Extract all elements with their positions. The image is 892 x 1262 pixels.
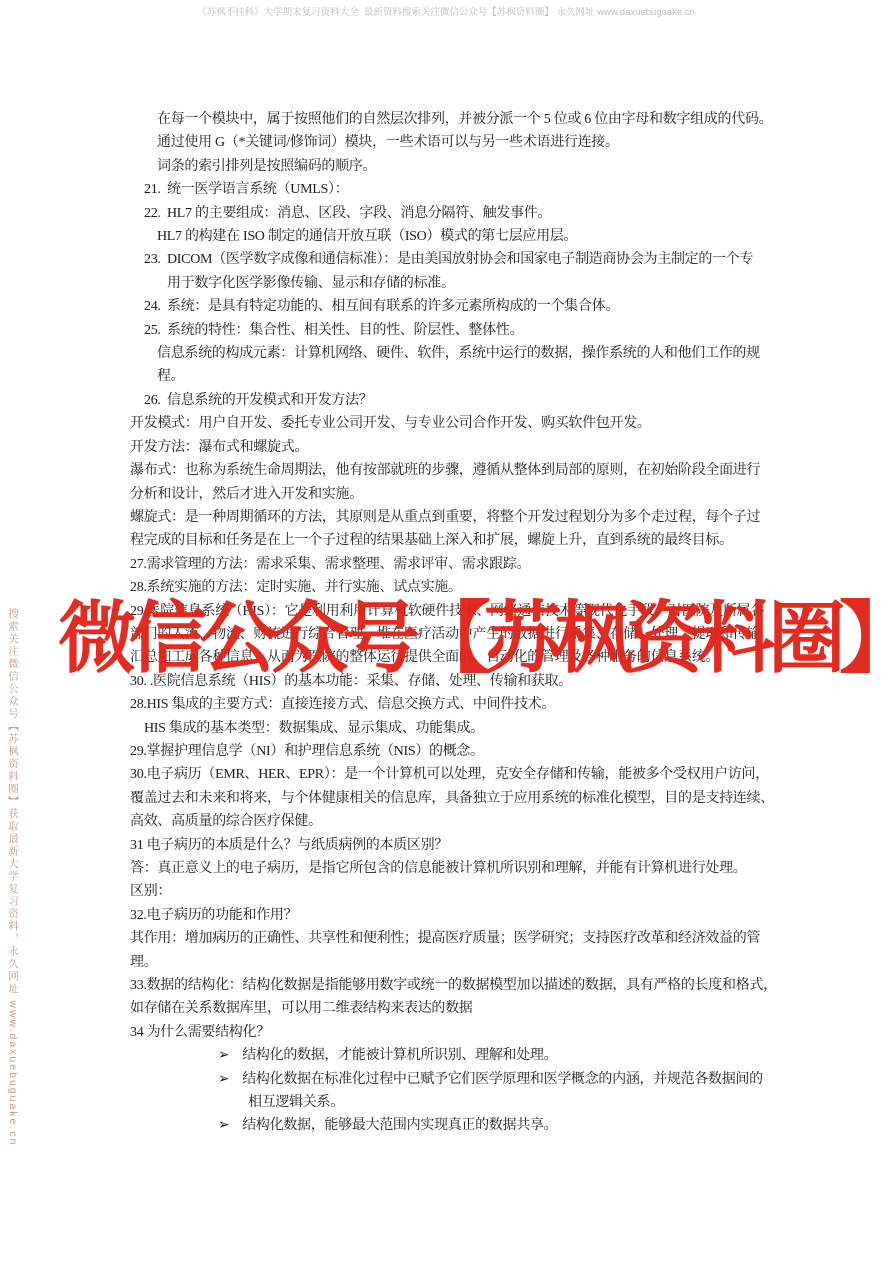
document-line: 28.HIS 集成的主要方式：直接连接方式、信息交换方式、中间件技术。	[130, 693, 790, 716]
document-line: 22. HL7 的主要组成：消息、区段、字段、消息分隔符、触发事件。	[130, 202, 790, 225]
document-line: 信息系统的构成元素：计算机网络、硬件、软件，系统中运行的数据，操作系统的人和他们…	[130, 342, 790, 365]
document-line: 30.电子病历（EMR、HER、EPR）：是一个计算机可以处理，克安全存储和传输…	[130, 763, 790, 786]
document-line: 33.数据的结构化：结构化数据是指能够用数字或统一的数据模型加以描述的数据，具有…	[130, 974, 790, 997]
document-line: 理。	[130, 951, 790, 974]
document-line: ➢ 结构化数据在标准化过程中已赋予它们医学原理和医学概念的内涵，并规范各数据间的	[130, 1068, 790, 1091]
document-line: 瀑布式：也称为系统生命周期法，他有按部就班的步骤，遵循从整体到局部的原则，在初始…	[130, 459, 790, 482]
document-line: 开发方法：瀑布式和螺旋式。	[130, 436, 790, 459]
document-line: 覆盖过去和未来和将来，与个体健康相关的信息库，具备独立于应用系统的标准化模型，目…	[130, 787, 790, 810]
left-vertical-watermark-text: 搜索关注微信公众号【苏枫资料圈】获取最新大学复习资料，永久网址 www.daxu…	[6, 608, 21, 1146]
document-line: HL7 的构建在 ISO 制定的通信开放互联（ISO）模式的第七层应用层。	[130, 225, 790, 248]
document-line: 其作用：增加病历的正确性、共享性和便利性；提高医疗质量；医学研究；支持医疗改革和…	[130, 927, 790, 950]
document-line: 开发模式：用户自开发、委托专业公司开发、与专业公司合作开发、购买软件包开发。	[130, 412, 790, 435]
document-line: 区别：	[130, 880, 790, 903]
document-line: 31 电子病历的本质是什么？与纸质病例的本质区别？	[130, 834, 790, 857]
document-line: 25. 系统的特性：集合性、相关性、目的性、阶层性、整体性。	[130, 319, 790, 342]
document-line: 程。	[130, 365, 790, 388]
document-line: 在每一个模块中，属于按照他们的自然层次排列，并被分派一个 5 位或 6 位由字母…	[130, 108, 790, 131]
document-line: 34 为什么需要结构化？	[130, 1021, 790, 1044]
document-line: 高效、高质量的综合医疗保健。	[130, 810, 790, 833]
document-line: 用于数字化医学影像传输、显示和存储的标准。	[130, 272, 790, 295]
document-line: 27.需求管理的方法：需求采集、需求整理、需求评审、需求跟踪。	[130, 553, 790, 576]
document-line: 分析和设计，然后才进入开发和实施。	[130, 483, 790, 506]
document-line: ➢ 结构化的数据，才能被计算机所识别、理解和处理。	[130, 1044, 790, 1067]
document-line: 如存储在关系数据库里，可以用二维表结构来表达的数据	[130, 997, 790, 1020]
document-line: 相互逻辑关系。	[130, 1091, 790, 1114]
document-line: ➢ 结构化数据，能够最大范围内实现真正的数据共享。	[130, 1114, 790, 1137]
document-line: 26. 信息系统的开发模式和开发方法？	[130, 389, 790, 412]
document-page: 《苏枫不挂科》大学期末复习资料大全 最新资料搜索关注微信公众号【苏枫资料圈】 永…	[0, 0, 892, 1262]
document-line: HIS 集成的基本类型：数据集成、显示集成、功能集成。	[130, 717, 790, 740]
document-line: 程完成的目标和任务是在上一个子过程的结果基础上深入和扩展，螺旋上升，直到系统的最…	[130, 529, 790, 552]
document-line: 23. DICOM（医学数字成像和通信标准）：是由美国放射协会和国家电子制造商协…	[130, 248, 790, 271]
document-line: 螺旋式：是一种周期循环的方法，其原则是从重点到重要，将整个开发过程划分为多个走过…	[130, 506, 790, 529]
document-line: 32.电子病历的功能和作用？	[130, 904, 790, 927]
top-watermark-text: 《苏枫不挂科》大学期末复习资料大全 最新资料搜索关注微信公众号【苏枫资料圈】 永…	[0, 4, 892, 18]
document-line: 答：真正意义上的电子病历，是指它所包含的信息能被计算机所识别和理解，并能有计算机…	[130, 857, 790, 880]
document-line: 29.掌握护理信息学（NI）和护理信息系统（NIS）的概念。	[130, 740, 790, 763]
center-red-watermark-text: 微信公众号【苏枫资料圈】	[58, 576, 892, 688]
document-line: 24. 系统：是具有特定功能的、相互间有联系的许多元素所构成的一个集合体。	[130, 295, 790, 318]
document-line: 21. 统一医学语言系统（UMLS）：	[130, 178, 790, 201]
document-line: 词条的索引排列是按照编码的顺序。	[130, 155, 790, 178]
document-line: 通过使用 G（*关键词/修饰词）模块，一些术语可以与另一些术语进行连接。	[130, 131, 790, 154]
